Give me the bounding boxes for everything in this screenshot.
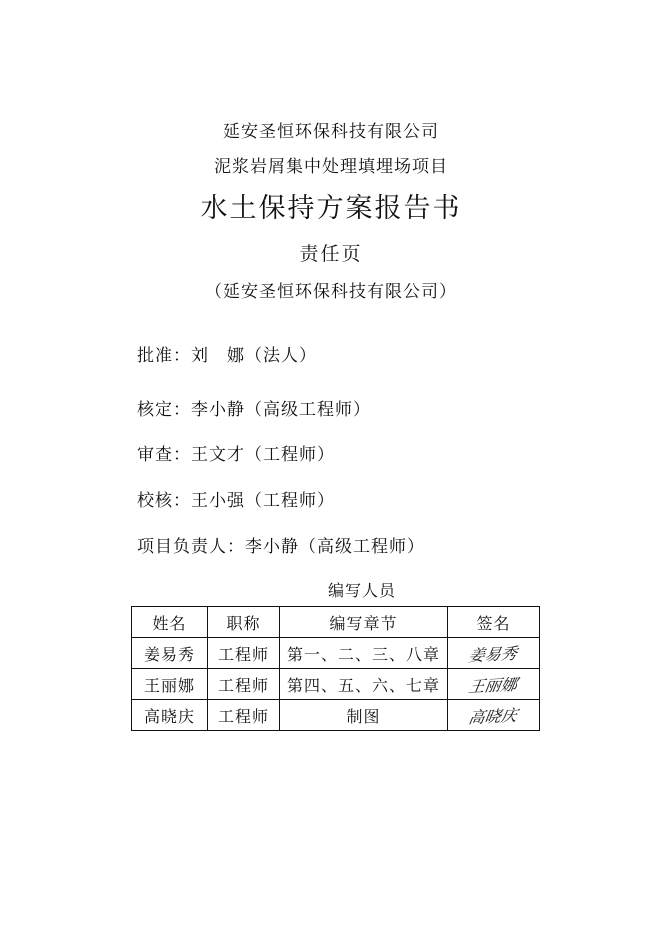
cell-title: 工程师 [208,669,280,700]
role-person: 李小静（高级工程师） [245,537,425,557]
cell-name: 高晓庆 [132,700,208,731]
table-header-row: 姓名 职称 编写章节 签名 [132,607,540,638]
role-label: 核定： [137,400,191,420]
cell-signature: 姜易秀 [448,638,540,669]
cell-title: 工程师 [208,700,280,731]
verification-line: 核定：李小静（高级工程师） [137,395,371,420]
handwritten-signature: 姜易秀 [467,640,519,665]
role-person: 王小强（工程师） [191,491,335,511]
table-row: 王丽娜 工程师 第四、五、六、七章 王丽娜 [132,669,540,700]
cell-title: 工程师 [208,638,280,669]
cell-chapters: 第四、五、六、七章 [280,669,448,700]
proofreading-line: 校核：王小强（工程师） [137,486,335,511]
table-row: 高晓庆 工程师 制图 高晓庆 [132,700,540,731]
header-name: 姓名 [132,607,208,638]
cell-name: 王丽娜 [132,669,208,700]
role-person: 王文才（工程师） [191,445,335,465]
header-chapters: 编写章节 [280,607,448,638]
project-lead-line: 项目负责人：李小静（高级工程师） [137,532,425,557]
cell-chapters: 制图 [280,700,448,731]
header-signature: 签名 [448,607,540,638]
role-label: 审查： [137,445,191,465]
page-subtitle: 责任页 [0,239,662,266]
table-caption: 编写人员 [278,578,446,601]
handwritten-signature: 王丽娜 [467,671,519,696]
organization-name: （延安圣恒环保科技有限公司） [0,277,662,302]
table-row: 姜易秀 工程师 第一、二、三、八章 姜易秀 [132,638,540,669]
header-title: 职称 [208,607,280,638]
role-label: 项目负责人： [137,537,245,557]
role-person: 李小静（高级工程师） [191,400,371,420]
document-title: 水土保持方案报告书 [0,186,662,225]
cell-name: 姜易秀 [132,638,208,669]
approval-line: 批准：刘 娜（法人） [137,341,317,366]
handwritten-signature: 高晓庆 [467,702,519,727]
cell-signature: 王丽娜 [448,669,540,700]
cell-signature: 高晓庆 [448,700,540,731]
role-label: 校核： [137,491,191,511]
company-name: 延安圣恒环保科技有限公司 [0,117,662,142]
role-person: 刘 娜（法人） [191,346,317,366]
staff-table: 姓名 职称 编写章节 签名 姜易秀 工程师 第一、二、三、八章 姜易秀 王丽娜 … [131,606,540,731]
review-line: 审查：王文才（工程师） [137,440,335,465]
cell-chapters: 第一、二、三、八章 [280,638,448,669]
project-name: 泥浆岩屑集中处理填埋场项目 [0,152,662,177]
role-label: 批准： [137,346,191,366]
